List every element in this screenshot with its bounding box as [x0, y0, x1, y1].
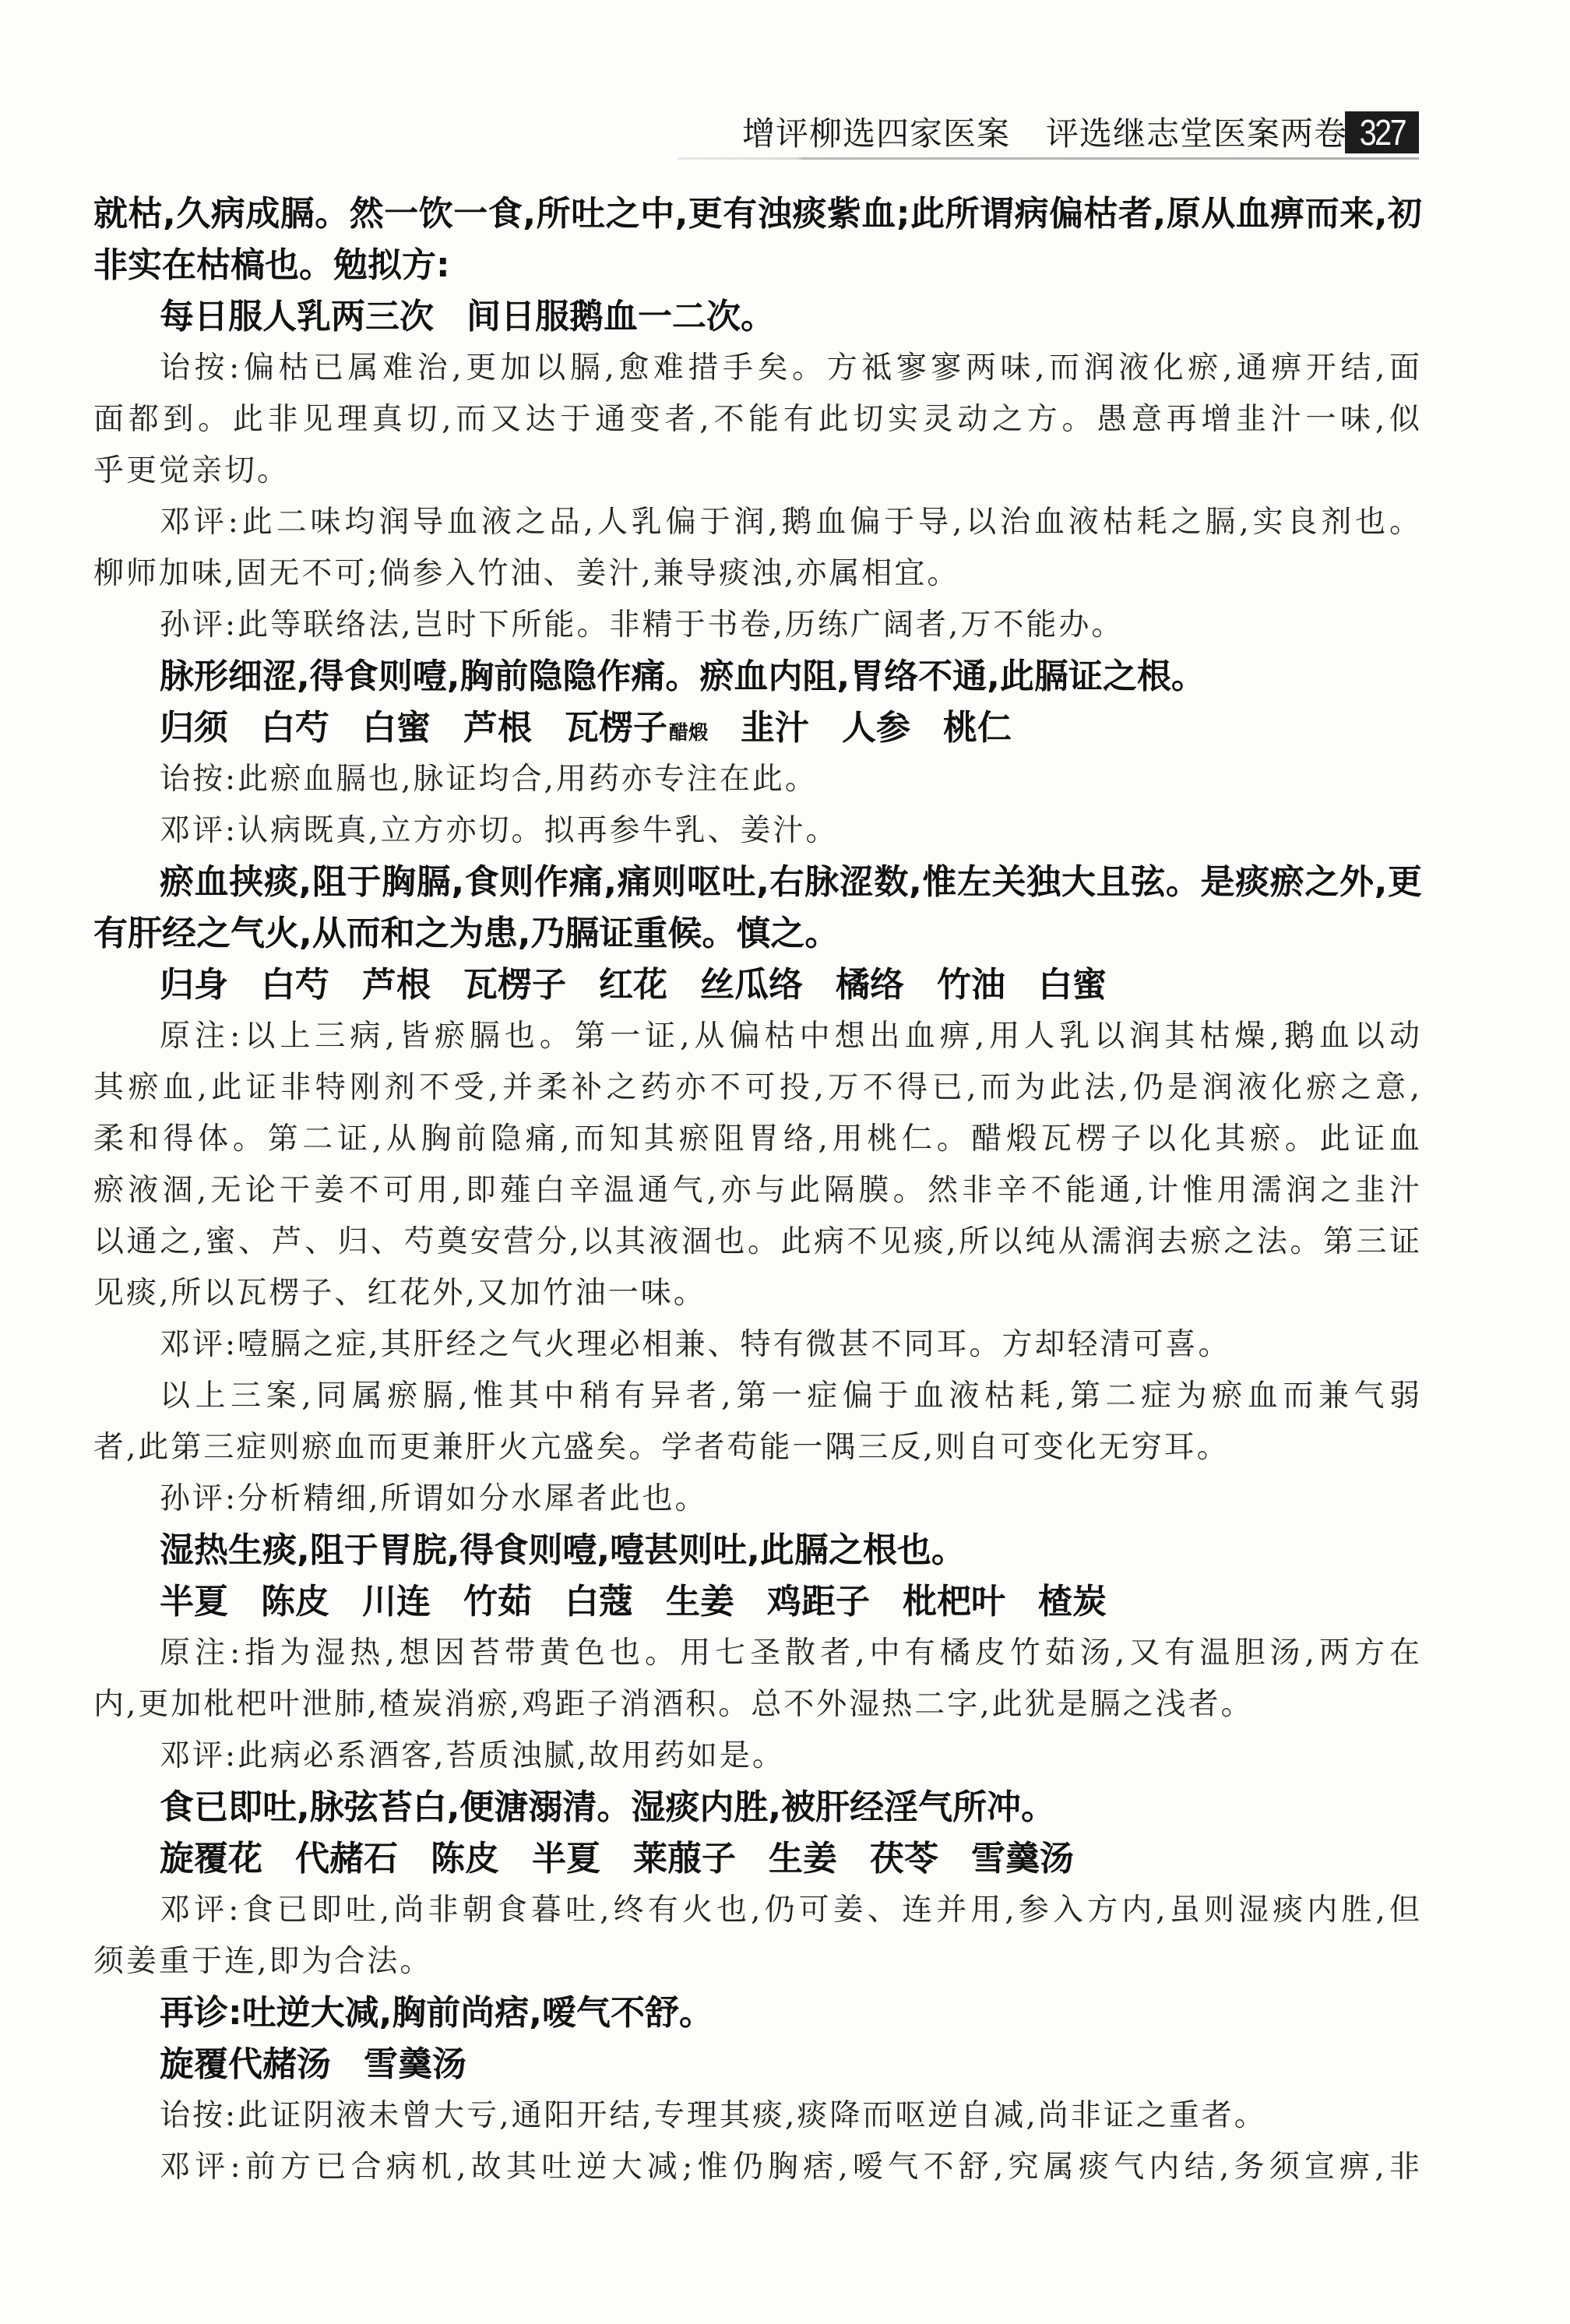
- text-line: 见痰,所以瓦楞子、红花外,又加竹油一味。: [93, 1268, 1422, 1319]
- herb-item: 楂炭: [1038, 1582, 1107, 1622]
- running-header: 增评柳选四家医案评选继志堂医案两卷: [742, 113, 1347, 155]
- text-line: 邓评:认病既真,立方亦切。拟再参牛乳、姜汁。: [93, 805, 1422, 857]
- herb-item: 枇杷叶: [903, 1582, 1005, 1622]
- text-line: 诒按:此证阴液未曾大亏,通阳开结,专理其痰,痰降而呕逆自减,尚非证之重者。: [93, 2090, 1422, 2142]
- case-text: 食已即吐,脉弦苔白,便溏溺清。湿痰内胜,被肝经淫气所冲。: [93, 1782, 1422, 1833]
- prescription: 归身白芍芦根瓦楞子红花丝瓜络橘络竹油白蜜: [93, 960, 1422, 1011]
- page-number: 327: [1359, 111, 1404, 153]
- text-line: 瘀液涸,无论干姜不可用,即薤白辛温通气,亦与此隔膜。然非辛不能通,计惟用濡润之韭…: [93, 1165, 1422, 1217]
- text-line: 者,此第三症则瘀血而更兼肝火亢盛矣。学者苟能一隅三反,则自可变化无穷耳。: [93, 1422, 1422, 1474]
- text-line: 原注:以上三病,皆瘀膈也。第一证,从偏枯中想出血痹,用人乳以润其枯燥,鹅血以动: [93, 1011, 1422, 1062]
- text-line: 非实在枯槁也。勉拟方:: [93, 240, 1422, 291]
- text-line: 以上三案,同属瘀膈,惟其中稍有异者,第一症偏于血液枯耗,第二症为瘀血而兼气弱: [93, 1371, 1422, 1422]
- herb-item: 半夏: [532, 1839, 600, 1879]
- herb-item: 白蔻: [565, 1582, 633, 1622]
- herb-item: 川连: [362, 1582, 431, 1622]
- text-line: 有肝经之气火,从而和之为患,乃膈证重候。慎之。: [93, 908, 1422, 960]
- text-line: 诒按:此瘀血膈也,脉证均合,用药亦专注在此。: [93, 754, 1422, 805]
- text-line: 瘀血挟痰,阻于胸膈,食则作痛,痛则呕吐,右脉涩数,惟左关独大且弦。是痰瘀之外,更: [93, 857, 1422, 908]
- herb-item: 归须: [160, 708, 228, 748]
- prescription-item: 每日服人乳两三次: [160, 297, 434, 336]
- commentary-deng: 邓评:此二味均润导血液之品,人乳偏于润,鹅血偏于导,以治血液枯耗之膈,实良剂也。…: [93, 497, 1422, 600]
- herb-item: 代赭石: [295, 1839, 398, 1879]
- herb-item: 瓦楞子醋煅: [565, 708, 708, 748]
- text-line: 诒按:偏枯已属难治,更加以膈,愈难措手矣。方祗寥寥两味,而润液化瘀,通痹开结,面: [93, 343, 1422, 394]
- text-line: 邓评:此二味均润导血液之品,人乳偏于润,鹅血偏于导,以治血液枯耗之膈,实良剂也。: [93, 497, 1422, 548]
- commentary-sun: 孙评:分析精细,所谓如分水犀者此也。: [93, 1474, 1422, 1525]
- case-text: 湿热生痰,阻于胃脘,得食则噎,噎甚则吐,此膈之根也。: [93, 1525, 1422, 1576]
- commentary-yi-an: 诒按:此瘀血膈也,脉证均合,用药亦专注在此。: [93, 754, 1422, 805]
- herb-item: 旋覆花: [160, 1839, 262, 1879]
- prescription: 旋覆代赭汤雪羹汤: [93, 2039, 1422, 2090]
- herb-item: 白芍: [261, 965, 329, 1005]
- text-line: 邓评:噎膈之症,其肝经之气火理必相兼、特有微甚不同耳。方却轻清可喜。: [93, 1319, 1422, 1371]
- herb-item: 竹油: [937, 965, 1005, 1005]
- commentary-deng: 邓评:噎膈之症,其肝经之气火理必相兼、特有微甚不同耳。方却轻清可喜。: [93, 1319, 1422, 1371]
- text-line: 其瘀血,此证非特刚剂不受,并柔补之药亦不可投,万不得已,而为此法,仍是润液化瘀之…: [93, 1062, 1422, 1114]
- page-number-badge: 327: [1345, 111, 1419, 153]
- original-note: 原注:以上三病,皆瘀膈也。第一证,从偏枯中想出血痹,用人乳以润其枯燥,鹅血以动 …: [93, 1011, 1422, 1319]
- herb-item: 生姜: [769, 1839, 837, 1879]
- text-line: 再诊:吐逆大减,胸前尚痞,嗳气不舒。: [93, 1988, 1422, 2039]
- header-rule: [678, 157, 1419, 160]
- prescription-item: 间日服鹅血一二次。: [466, 297, 775, 336]
- text-line: 就枯,久病成膈。然一饮一食,所吐之中,更有浊痰紫血;此所谓病偏枯者,原从血痹而来…: [93, 188, 1422, 240]
- commentary-deng: 邓评:认病既真,立方亦切。拟再参牛乳、姜汁。: [93, 805, 1422, 857]
- page-body: 就枯,久病成膈。然一饮一食,所吐之中,更有浊痰紫血;此所谓病偏枯者,原从血痹而来…: [93, 188, 1422, 2193]
- herb-item: 生姜: [666, 1582, 734, 1622]
- herb-item: 红花: [599, 965, 667, 1005]
- prescription: 归须白芍白蜜芦根瓦楞子醋煅韭汁人参桃仁: [93, 702, 1422, 754]
- text-line: 孙评:分析精细,所谓如分水犀者此也。: [93, 1474, 1422, 1525]
- herb-name: 瓦楞子: [565, 708, 667, 748]
- original-note: 原注:指为湿热,想因苔带黄色也。用七圣散者,中有橘皮竹茹汤,又有温胆汤,两方在 …: [93, 1628, 1422, 1731]
- herb-item: 白蜜: [362, 708, 431, 748]
- text-line: 邓评:食已即吐,尚非朝食暮吐,终有火也,仍可姜、连并用,参入方内,虽则湿痰内胜,…: [93, 1885, 1422, 1936]
- text-line: 以通之,蜜、芦、归、芍奠安营分,以其液涸也。此病不见痰,所以纯从濡润去瘀之法。第…: [93, 1217, 1422, 1268]
- formula-item: 雪羹汤: [364, 2044, 466, 2084]
- commentary-deng: 邓评:前方已合病机,故其吐逆大减;惟仍胸痞,嗳气不舒,究属痰气内结,务须宣痹,非: [93, 2142, 1422, 2193]
- herb-item: 丝瓜络: [700, 965, 803, 1005]
- commentary-deng: 邓评:食已即吐,尚非朝食暮吐,终有火也,仍可姜、连并用,参入方内,虽则湿痰内胜,…: [93, 1885, 1422, 1988]
- herb-item: 芦根: [362, 965, 431, 1005]
- text-line: 内,更加枇杷叶泄肺,楂炭消瘀,鸡距子消酒积。总不外湿热二字,此犹是膈之浅者。: [93, 1679, 1422, 1731]
- text-line: 食已即吐,脉弦苔白,便溏溺清。湿痰内胜,被肝经淫气所冲。: [93, 1782, 1422, 1833]
- text-line: 柔和得体。第二证,从胸前隐痛,而知其瘀阻胃络,用桃仁。醋煅瓦楞子以化其瘀。此证血: [93, 1114, 1422, 1165]
- commentary-deng: 邓评:此病必系酒客,苔质浊腻,故用药如是。: [93, 1731, 1422, 1782]
- commentary-yi-an: 诒按:此证阴液未曾大亏,通阳开结,专理其痰,痰降而呕逆自减,尚非证之重者。: [93, 2090, 1422, 2142]
- herb-item: 归身: [160, 965, 228, 1005]
- herb-item: 陈皮: [261, 1582, 329, 1622]
- herb-item: 半夏: [160, 1582, 228, 1622]
- herb-item: 鸡距子: [767, 1582, 870, 1622]
- text-line: 邓评:此病必系酒客,苔质浊腻,故用药如是。: [93, 1731, 1422, 1782]
- prescription: 半夏陈皮川连竹茹白蔻生姜鸡距子枇杷叶楂炭: [93, 1576, 1422, 1628]
- herb-item: 茯苓: [870, 1839, 938, 1879]
- text-line: 乎更觉亲切。: [93, 445, 1422, 497]
- herb-item: 瓦楞子: [463, 965, 566, 1005]
- text-line: 湿热生痰,阻于胃脘,得食则噎,噎甚则吐,此膈之根也。: [93, 1525, 1422, 1576]
- herb-item: 白蜜: [1038, 965, 1107, 1005]
- case-text: 瘀血挟痰,阻于胸膈,食则作痛,痛则呕吐,右脉涩数,惟左关独大且弦。是痰瘀之外,更…: [93, 857, 1422, 960]
- case-text: 脉形细涩,得食则噎,胸前隐隐作痛。瘀血内阻,胃络不通,此膈证之根。: [93, 651, 1422, 702]
- herb-item: 莱菔子: [633, 1839, 736, 1879]
- text-line: 孙评:此等联络法,岂时下所能。非精于书卷,历练广阔者,万不能办。: [93, 600, 1422, 651]
- text-line: 原注:指为湿热,想因苔带黄色也。用七圣散者,中有橘皮竹茹汤,又有温胆汤,两方在: [93, 1628, 1422, 1679]
- text-line: 面都到。此非见理真切,而又达于通变者,不能有此切实灵动之方。愚意再增韭汁一味,似: [93, 394, 1422, 445]
- herb-item: 人参: [842, 708, 910, 748]
- herb-preparation-note: 醋煅: [669, 721, 708, 744]
- text-line: 须姜重于连,即为合法。: [93, 1936, 1422, 1988]
- text-line: 柳师加味,固无不可;倘参入竹油、姜汁,兼导痰浊,亦属相宜。: [93, 548, 1422, 600]
- prescription: 旋覆花代赭石陈皮半夏莱菔子生姜茯苓雪羹汤: [93, 1833, 1422, 1885]
- herb-item: 陈皮: [431, 1839, 499, 1879]
- herb-item: 橘络: [836, 965, 904, 1005]
- text-line: 邓评:前方已合病机,故其吐逆大减;惟仍胸痞,嗳气不舒,究属痰气内结,务须宣痹,非: [93, 2142, 1422, 2193]
- herb-item: 韭汁: [741, 708, 809, 748]
- herb-item: 芦根: [463, 708, 532, 748]
- prescription: 每日服人乳两三次间日服鹅血一二次。: [93, 291, 1422, 343]
- herb-item: 雪羹汤: [971, 1839, 1074, 1879]
- herb-item: 白芍: [261, 708, 329, 748]
- section-title: 评选继志堂医案两卷: [1046, 114, 1347, 153]
- case-text: 就枯,久病成膈。然一饮一食,所吐之中,更有浊痰紫血;此所谓病偏枯者,原从血痹而来…: [93, 188, 1422, 291]
- herb-item: 竹茹: [463, 1582, 532, 1622]
- text-line: 脉形细涩,得食则噎,胸前隐隐作痛。瘀血内阻,胃络不通,此膈证之根。: [93, 651, 1422, 702]
- herb-item: 桃仁: [943, 708, 1012, 748]
- book-title: 增评柳选四家医案: [742, 114, 1010, 153]
- commentary-yi-an: 诒按:偏枯已属难治,更加以膈,愈难措手矣。方祗寥寥两味,而润液化瘀,通痹开结,面…: [93, 343, 1422, 497]
- commentary-sun: 孙评:此等联络法,岂时下所能。非精于书卷,历练广阔者,万不能办。: [93, 600, 1422, 651]
- follow-up-visit: 再诊:吐逆大减,胸前尚痞,嗳气不舒。: [93, 1988, 1422, 2039]
- summary-note: 以上三案,同属瘀膈,惟其中稍有异者,第一症偏于血液枯耗,第二症为瘀血而兼气弱 者…: [93, 1371, 1422, 1474]
- formula-item: 旋覆代赭汤: [160, 2044, 331, 2084]
